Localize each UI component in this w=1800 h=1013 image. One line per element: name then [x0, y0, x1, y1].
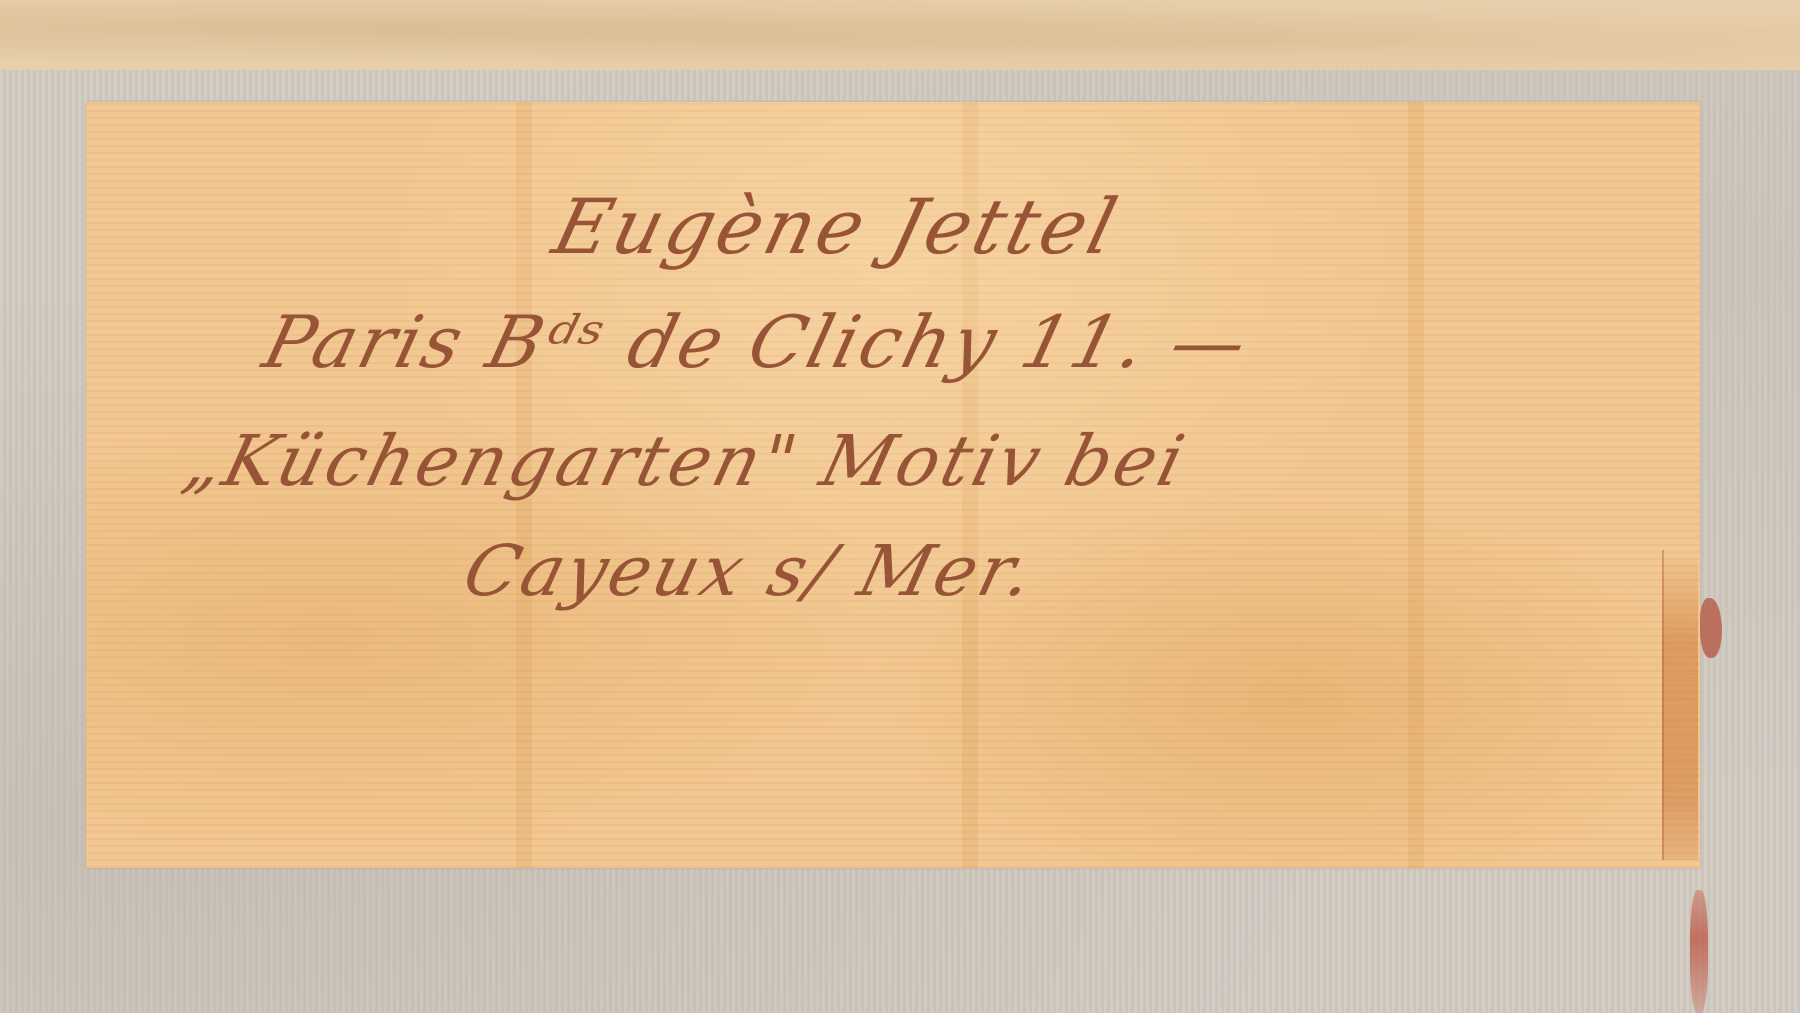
handwritten-label: Eugène Jettel Paris Bᵈˢ de Clichy 11. — …: [86, 102, 1700, 868]
top-paper-band: [0, 0, 1800, 70]
label-line-location: Cayeux s/ Mer.: [456, 530, 1044, 612]
red-drip-stain: [1690, 890, 1708, 1013]
water-stain: [1662, 550, 1698, 860]
label-line-title: „Küchengarten" Motiv bei: [176, 420, 1195, 502]
label-line-address: Paris Bᵈˢ de Clichy 11. —: [256, 300, 1259, 384]
label-line-artist-name: Eugène Jettel: [545, 182, 1128, 271]
handwriting: Eugène Jettel Paris Bᵈˢ de Clichy 11. — …: [86, 102, 1700, 868]
